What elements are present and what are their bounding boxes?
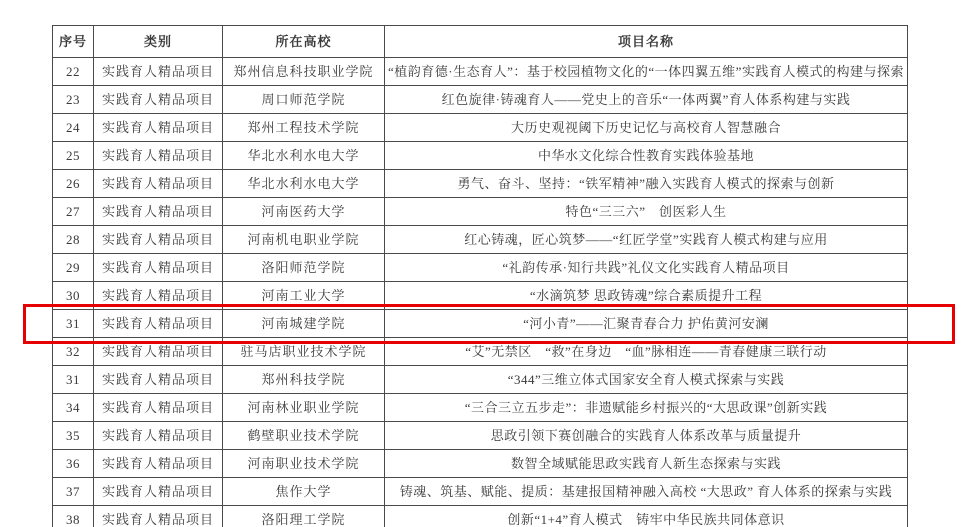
cell-category: 实践育人精品项目 [94, 394, 223, 422]
table-row: 23 实践育人精品项目 周口师范学院 红色旋律·铸魂育人——党史上的音乐“一体两… [53, 86, 908, 114]
cell-university: 华北水利水电大学 [223, 170, 385, 198]
table-row: 31 实践育人精品项目 河南城建学院 “河小青”——汇聚青春合力 护佑黄河安澜 [53, 310, 908, 338]
cell-project-name: 大历史观视阈下历史记忆与高校育人智慧融合 [385, 114, 908, 142]
project-table: 序号 类别 所在高校 项目名称 22 实践育人精品项目 郑州信息科技职业学院 “… [52, 25, 908, 527]
cell-project-name: 红色旋律·铸魂育人——党史上的音乐“一体两翼”育人体系构建与实践 [385, 86, 908, 114]
cell-sequence-number: 34 [53, 394, 94, 422]
cell-category: 实践育人精品项目 [94, 86, 223, 114]
cell-sequence-number: 37 [53, 478, 94, 506]
cell-category: 实践育人精品项目 [94, 58, 223, 86]
table-row: 32 实践育人精品项目 驻马店职业技术学院 “艾”无禁区 “救”在身边 “血”脉… [53, 338, 908, 366]
table-body: 22 实践育人精品项目 郑州信息科技职业学院 “植韵育德·生态育人”：基于校园植… [53, 58, 908, 527]
table-row: 25 实践育人精品项目 华北水利水电大学 中华水文化综合性教育实践体验基地 [53, 142, 908, 170]
cell-category: 实践育人精品项目 [94, 198, 223, 226]
table-row: 27 实践育人精品项目 河南医药大学 特色“三三六” 创医彩人生 [53, 198, 908, 226]
table-header: 序号 类别 所在高校 项目名称 [53, 26, 908, 58]
cell-university: 郑州工程技术学院 [223, 114, 385, 142]
header-category: 类别 [94, 26, 223, 58]
cell-university: 河南职业技术学院 [223, 450, 385, 478]
cell-university: 焦作大学 [223, 478, 385, 506]
header-university: 所在高校 [223, 26, 385, 58]
table-row: 35 实践育人精品项目 鹤壁职业技术学院 思政引领下赛创融合的实践育人体系改革与… [53, 422, 908, 450]
cell-sequence-number: 23 [53, 86, 94, 114]
cell-university: 河南城建学院 [223, 310, 385, 338]
cell-sequence-number: 22 [53, 58, 94, 86]
cell-university: 驻马店职业技术学院 [223, 338, 385, 366]
header-row: 序号 类别 所在高校 项目名称 [53, 26, 908, 58]
table-row: 31 实践育人精品项目 郑州科技学院 “344”三维立体式国家安全育人模式探索与… [53, 366, 908, 394]
cell-university: 河南林业职业学院 [223, 394, 385, 422]
cell-sequence-number: 30 [53, 282, 94, 310]
table-row: 22 实践育人精品项目 郑州信息科技职业学院 “植韵育德·生态育人”：基于校园植… [53, 58, 908, 86]
cell-project-name: 红心铸魂，匠心筑梦——“红匠学堂”实践育人模式构建与应用 [385, 226, 908, 254]
cell-project-name: 特色“三三六” 创医彩人生 [385, 198, 908, 226]
cell-sequence-number: 35 [53, 422, 94, 450]
document-page: 序号 类别 所在高校 项目名称 22 实践育人精品项目 郑州信息科技职业学院 “… [0, 0, 962, 527]
table-row: 34 实践育人精品项目 河南林业职业学院 “三合三立五步走”：非遗赋能乡村振兴的… [53, 394, 908, 422]
cell-project-name: 勇气、奋斗、坚持：“铁军精神”融入实践育人模式的探索与创新 [385, 170, 908, 198]
cell-sequence-number: 38 [53, 506, 94, 527]
cell-category: 实践育人精品项目 [94, 338, 223, 366]
cell-project-name: 铸魂、筑基、赋能、提质：基建报国精神融入高校 “大思政” 育人体系的探索与实践 [385, 478, 908, 506]
cell-university: 洛阳理工学院 [223, 506, 385, 527]
cell-category: 实践育人精品项目 [94, 506, 223, 527]
cell-category: 实践育人精品项目 [94, 450, 223, 478]
table-row: 24 实践育人精品项目 郑州工程技术学院 大历史观视阈下历史记忆与高校育人智慧融… [53, 114, 908, 142]
header-project: 项目名称 [385, 26, 908, 58]
cell-project-name: “礼韵传承·知行共践”礼仪文化实践育人精品项目 [385, 254, 908, 282]
cell-sequence-number: 24 [53, 114, 94, 142]
cell-project-name: “水滴筑梦 思政铸魂”综合素质提升工程 [385, 282, 908, 310]
cell-project-name: 数智全域赋能思政实践育人新生态探索与实践 [385, 450, 908, 478]
cell-project-name: “河小青”——汇聚青春合力 护佑黄河安澜 [385, 310, 908, 338]
table-row: 37 实践育人精品项目 焦作大学 铸魂、筑基、赋能、提质：基建报国精神融入高校 … [53, 478, 908, 506]
cell-university: 洛阳师范学院 [223, 254, 385, 282]
cell-project-name: 思政引领下赛创融合的实践育人体系改革与质量提升 [385, 422, 908, 450]
cell-university: 河南工业大学 [223, 282, 385, 310]
cell-university: 河南医药大学 [223, 198, 385, 226]
cell-university: 周口师范学院 [223, 86, 385, 114]
cell-category: 实践育人精品项目 [94, 282, 223, 310]
cell-category: 实践育人精品项目 [94, 114, 223, 142]
cell-project-name: “艾”无禁区 “救”在身边 “血”脉相连——青春健康三联行动 [385, 338, 908, 366]
cell-university: 鹤壁职业技术学院 [223, 422, 385, 450]
cell-project-name: “344”三维立体式国家安全育人模式探索与实践 [385, 366, 908, 394]
table-row: 30 实践育人精品项目 河南工业大学 “水滴筑梦 思政铸魂”综合素质提升工程 [53, 282, 908, 310]
cell-university: 河南机电职业学院 [223, 226, 385, 254]
cell-sequence-number: 28 [53, 226, 94, 254]
cell-category: 实践育人精品项目 [94, 366, 223, 394]
cell-sequence-number: 26 [53, 170, 94, 198]
table-row: 28 实践育人精品项目 河南机电职业学院 红心铸魂，匠心筑梦——“红匠学堂”实践… [53, 226, 908, 254]
cell-category: 实践育人精品项目 [94, 142, 223, 170]
cell-university: 华北水利水电大学 [223, 142, 385, 170]
cell-sequence-number: 25 [53, 142, 94, 170]
cell-category: 实践育人精品项目 [94, 310, 223, 338]
table-row: 29 实践育人精品项目 洛阳师范学院 “礼韵传承·知行共践”礼仪文化实践育人精品… [53, 254, 908, 282]
header-no: 序号 [53, 26, 94, 58]
cell-university: 郑州科技学院 [223, 366, 385, 394]
table-row: 36 实践育人精品项目 河南职业技术学院 数智全域赋能思政实践育人新生态探索与实… [53, 450, 908, 478]
cell-university: 郑州信息科技职业学院 [223, 58, 385, 86]
cell-sequence-number: 36 [53, 450, 94, 478]
cell-project-name: 创新“1+4”育人模式 铸牢中华民族共同体意识 [385, 506, 908, 527]
cell-sequence-number: 29 [53, 254, 94, 282]
cell-category: 实践育人精品项目 [94, 226, 223, 254]
table-row: 26 实践育人精品项目 华北水利水电大学 勇气、奋斗、坚持：“铁军精神”融入实践… [53, 170, 908, 198]
cell-project-name: “三合三立五步走”：非遗赋能乡村振兴的“大思政课”创新实践 [385, 394, 908, 422]
cell-project-name: 中华水文化综合性教育实践体验基地 [385, 142, 908, 170]
cell-sequence-number: 31 [53, 310, 94, 338]
cell-category: 实践育人精品项目 [94, 478, 223, 506]
cell-category: 实践育人精品项目 [94, 254, 223, 282]
cell-category: 实践育人精品项目 [94, 422, 223, 450]
cell-category: 实践育人精品项目 [94, 170, 223, 198]
cell-project-name: “植韵育德·生态育人”：基于校园植物文化的“一体四翼五维”实践育人模式的构建与探… [385, 58, 908, 86]
cell-sequence-number: 27 [53, 198, 94, 226]
cell-sequence-number: 32 [53, 338, 94, 366]
table-row: 38 实践育人精品项目 洛阳理工学院 创新“1+4”育人模式 铸牢中华民族共同体… [53, 506, 908, 527]
cell-sequence-number: 31 [53, 366, 94, 394]
